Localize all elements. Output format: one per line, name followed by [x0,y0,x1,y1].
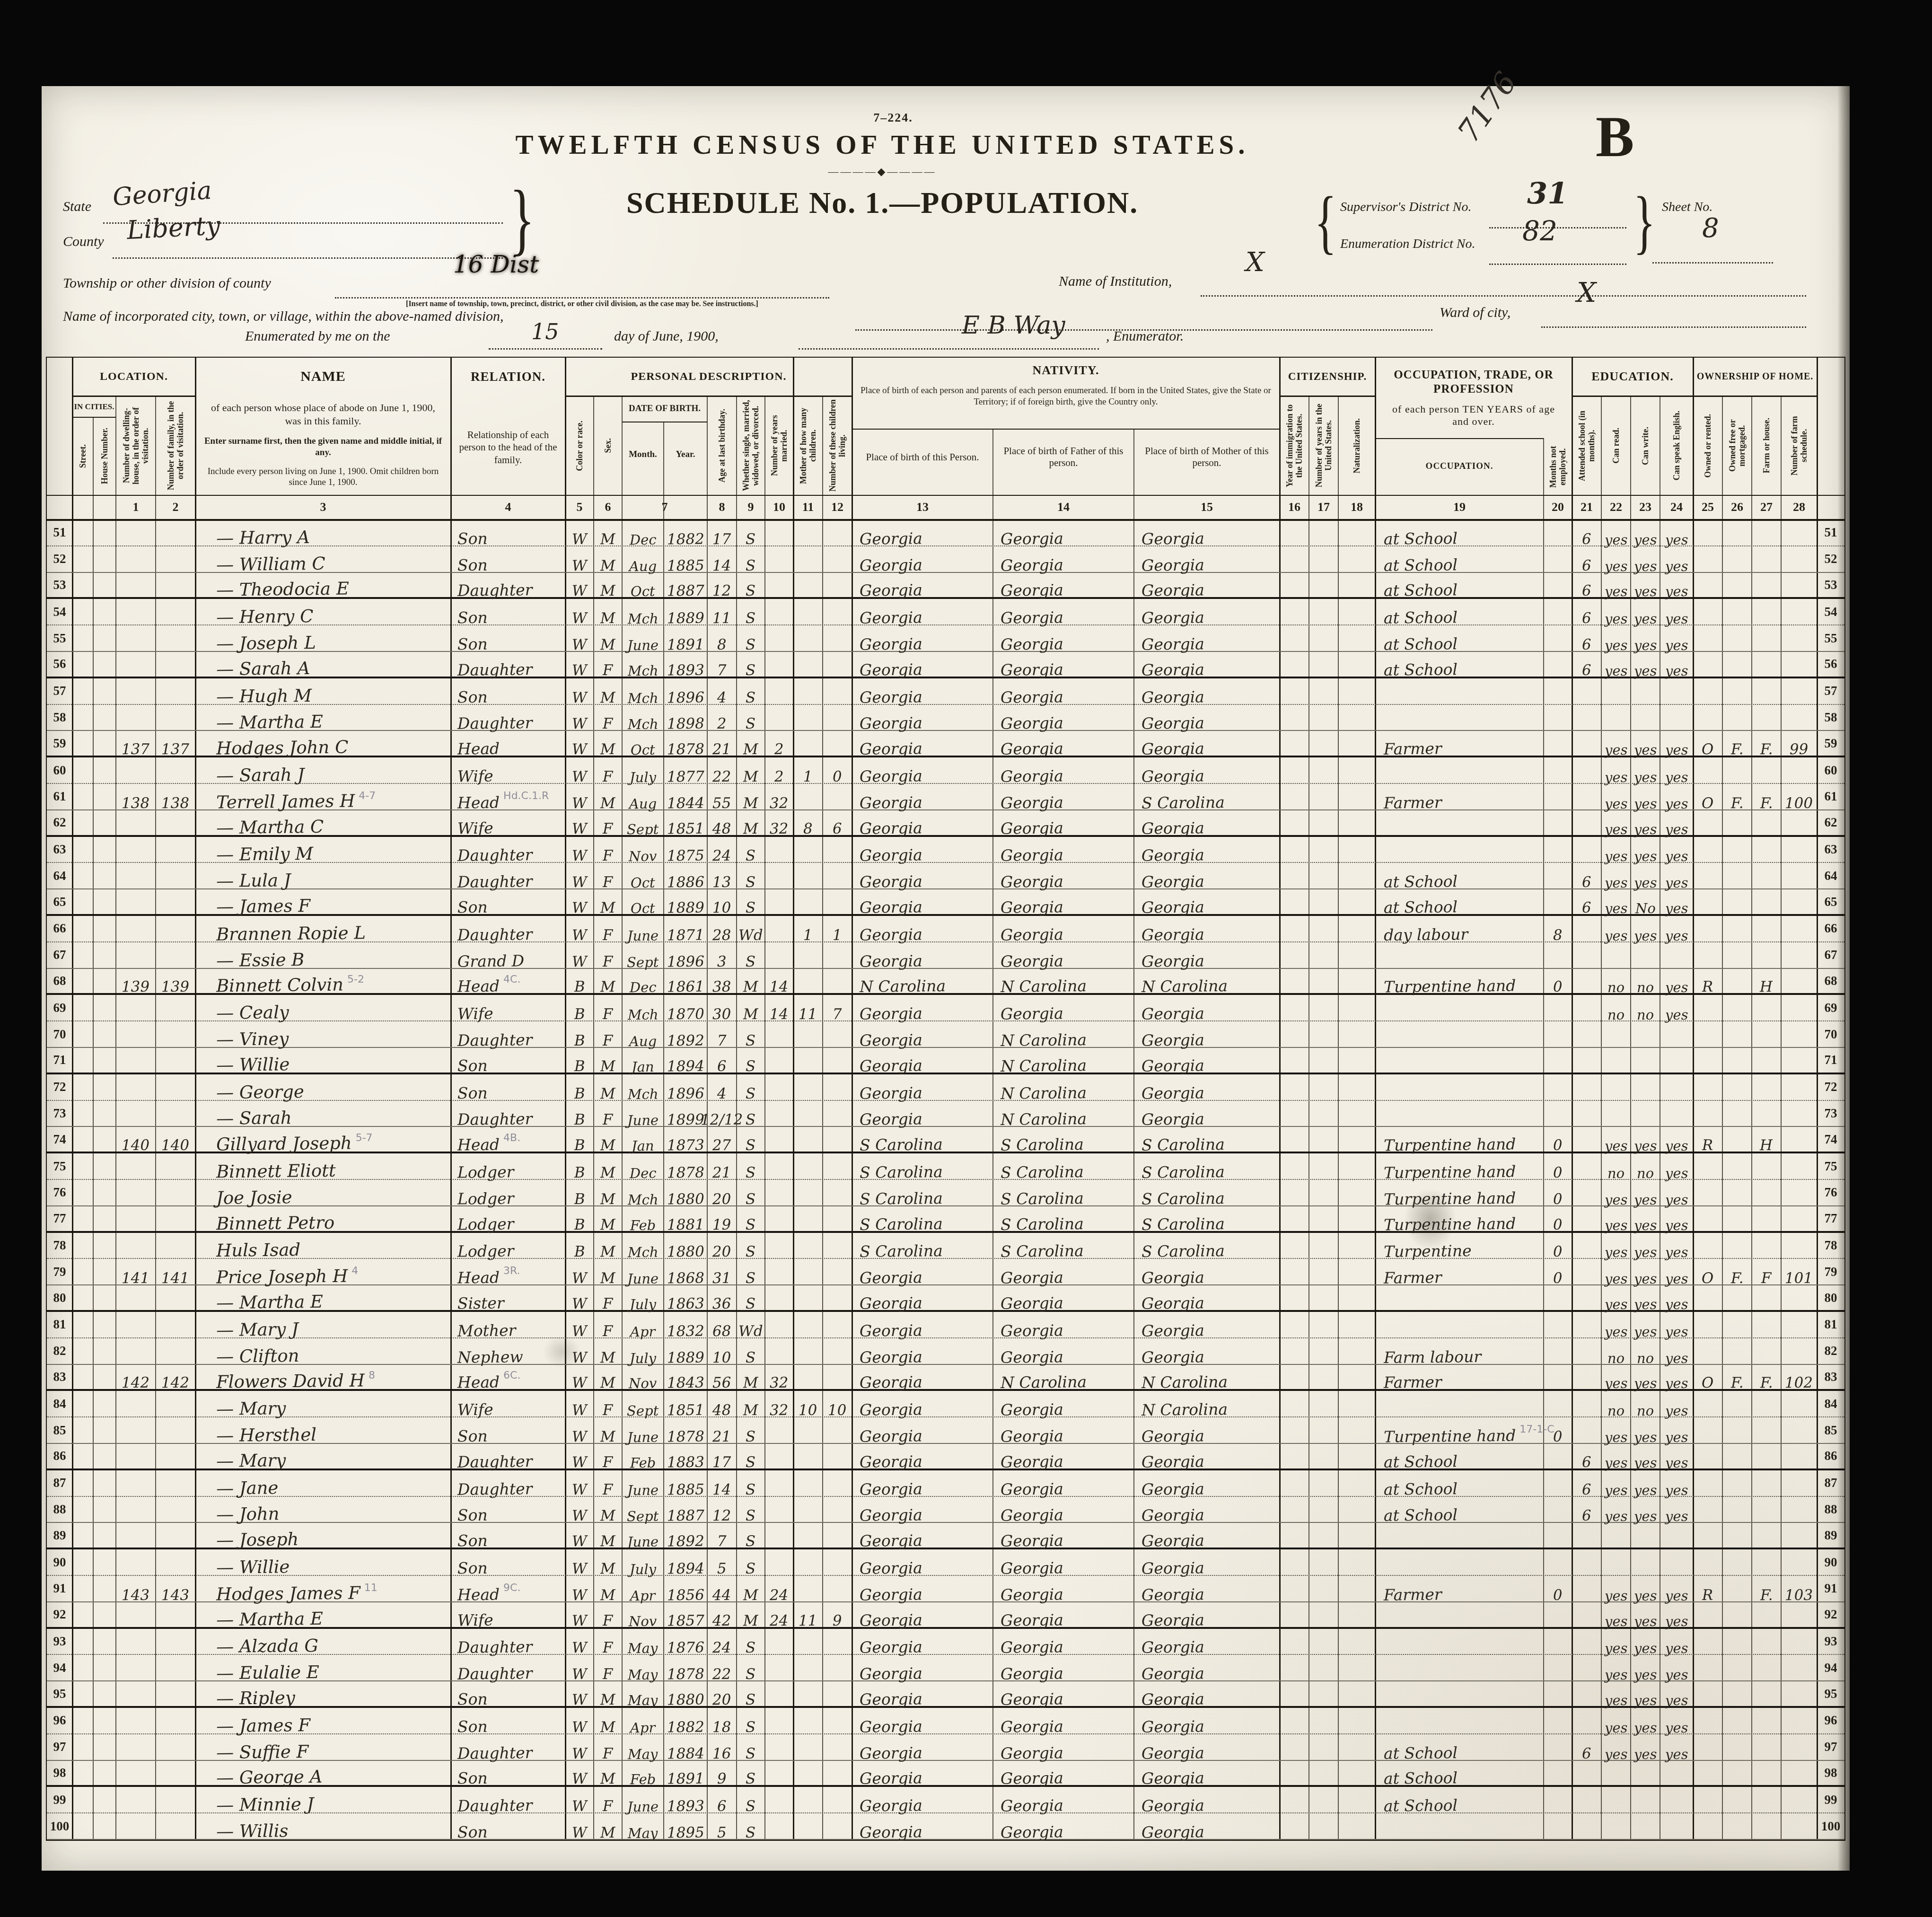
handwritten-entry: F [603,1032,613,1049]
handwritten-entry: Daughter [457,1452,533,1471]
handwritten-entry: at School [1384,1452,1458,1471]
cell-p3: Georgia [1134,889,1280,914]
cell-en: yes [1660,1285,1693,1310]
handwritten-entry: Daughter [457,1030,533,1050]
cell-p1: Georgia [852,599,993,624]
cell-rd: yes [1601,599,1631,624]
handwritten-entry: 1885 [667,557,704,574]
cell-oc: at School [1375,1497,1544,1522]
cell-numL: 70 [47,1021,72,1047]
cell-bm: Oct [622,731,664,756]
cell-by: 1880 [664,1233,707,1258]
table-row: 61138138Terrell James H4-7HeadHd.C.1.RWM… [47,784,1844,810]
column-number: 20 [1544,496,1572,519]
handwritten-entry: 137 [122,741,150,758]
cell-ag: 7 [707,1021,737,1047]
column-label: Farm or house. [1752,397,1781,494]
handwritten-entry: Georgia [1142,1321,1204,1340]
handwritten-entry: 1880 [667,1691,704,1709]
handwritten-entry: 1857 [667,1612,704,1629]
cell-rd: yes [1601,1734,1631,1760]
column-number: 26 [1722,496,1752,519]
cell-p1: Georgia [852,1602,993,1627]
handwritten-entry: S Carolina [1001,1162,1084,1182]
handwritten-entry: 2 [774,741,784,758]
header-rule [1572,396,1693,397]
cell-nm: Hodges James F11 [195,1576,451,1601]
cell-dw: 137 [116,731,156,756]
handwritten-entry: Georgia [1001,687,1063,706]
handwritten-entry: Georgia [1142,1004,1204,1023]
cell-en: yes [1660,1444,1693,1469]
handwritten-entry: F [603,1639,613,1656]
cell-rd: yes [1601,731,1631,756]
handwritten-entry: Son [457,898,488,917]
handwritten-entry: Georgia [860,766,922,785]
cell-ms: S [737,520,765,545]
handwritten-entry: Georgia [1001,1610,1063,1629]
cell-numR: 63 [1817,837,1844,862]
handwritten-entry: Mch [628,1244,659,1261]
cell-by: 1877 [664,757,707,783]
cell-mc: 11 [793,995,823,1020]
handwritten-entry: May [628,1640,658,1657]
handwritten-entry: S [746,1111,756,1128]
handwritten-entry: 27 [712,1137,731,1154]
handwritten-entry: Georgia [1001,846,1063,865]
handwritten-entry: N Carolina [1001,1056,1087,1075]
cell-mc: 1 [793,757,823,783]
cell-by: 1886 [664,863,707,888]
handwritten-entry: — Jane [216,1477,279,1498]
cell-bm: Mch [622,1180,664,1205]
cell-rl: Grand D [451,942,565,968]
cell-ms: S [737,599,765,624]
cell-numR: 89 [1817,1523,1844,1548]
handwritten-entry: 1889 [667,1349,704,1366]
cell-c: W [565,916,594,941]
cell-nm: — Eulalie E [195,1655,451,1680]
handwritten-entry: Georgia [860,1638,922,1657]
state-label: State [63,199,91,215]
cell-rl: Wife [451,757,565,783]
handwritten-entry: S [746,1270,756,1287]
group-heading-line: OCCUPATION, TRADE, OR [1394,368,1554,382]
handwritten-entry: yes [1605,742,1628,758]
header-rule [1375,438,1544,439]
pencil-annotation: 11 [364,1582,378,1594]
handwritten-entry: F [603,1612,613,1629]
cell-en: yes [1660,784,1693,809]
handwritten-entry: Daughter [457,1743,533,1763]
cell-p3: Georgia [1134,1681,1280,1706]
handwritten-entry: yes [1605,1192,1628,1208]
handwritten-entry: M [743,1374,758,1391]
cell-s: M [594,889,622,914]
cell-fr: F. [1722,731,1752,756]
handwritten-entry: yes [1605,900,1628,917]
cell-by: 1871 [664,916,707,941]
cell-wr: yes [1631,1233,1660,1258]
cell-nm: — Sarah J [195,757,451,783]
handwritten-entry: F. [1731,795,1744,812]
handwritten-entry: — Sarah J [216,765,305,786]
cell-numR: 97 [1817,1734,1844,1760]
handwritten-entry: Head [457,1268,500,1287]
handwritten-entry: Georgia [1142,687,1204,706]
cell-ow: R [1693,969,1722,994]
handwritten-entry: Georgia [1001,1822,1063,1841]
cell-ms: S [737,1523,765,1548]
table-row: 65— James FSonWMOct188910SGeorgiaGeorgia… [47,889,1844,916]
handwritten-entry: Georgia [1142,1479,1204,1498]
table-row: 64— Lula JDaughterWFOct188613SGeorgiaGeo… [47,863,1844,889]
handwritten-entry: yes [1605,1244,1628,1261]
cell-s: M [594,1153,622,1179]
handwritten-entry: B [574,1164,585,1181]
cell-p3: Georgia [1134,942,1280,968]
cell-p3: Georgia [1134,678,1280,704]
cell-s: M [594,1259,622,1284]
handwritten-entry: F [603,768,613,785]
cell-fh: F. [1752,784,1781,809]
cell-ms: S [737,1629,765,1654]
cell-s: F [594,705,622,730]
handwritten-entry: F [1761,1270,1772,1287]
cell-p1: Georgia [852,1761,993,1785]
handwritten-entry: W [572,1587,587,1604]
handwritten-entry: 20 [712,1191,731,1208]
enumerated-day-line [489,348,602,350]
handwritten-entry: yes [1665,1692,1688,1709]
cell-s: M [594,731,622,756]
handwritten-entry: W [572,1402,587,1419]
cell-p1: Georgia [852,1576,993,1601]
cell-s: F [594,995,622,1020]
handwritten-entry: M [600,741,615,758]
handwritten-entry: 1893 [667,661,704,679]
cell-ym: 2 [765,757,793,783]
cell-ms: S [737,1153,765,1179]
handwritten-entry: Georgia [860,818,922,837]
handwritten-entry: Georgia [1142,529,1204,548]
column-label-text: Number of dwelling-house, in the order o… [122,398,150,493]
handwritten-entry: Georgia [1142,1717,1204,1736]
cell-wr: yes [1631,1444,1660,1469]
handwritten-entry: yes [1634,1192,1657,1208]
handwritten-entry: N Carolina [1001,976,1087,996]
handwritten-entry: Hodges James F [216,1583,360,1604]
cell-rd: yes [1601,1206,1631,1231]
cell-ms: S [737,1101,765,1126]
handwritten-entry: Georgia [1142,1638,1204,1657]
cell-cl: 9 [823,1602,852,1627]
handwritten-entry: Daughter [457,872,533,891]
cell-p2: S Carolina [993,1153,1134,1179]
handwritten-entry: Georgia [860,951,922,970]
cell-en: yes [1660,837,1693,862]
cell-wr: yes [1631,1734,1660,1760]
cell-oc: Turpentine [1375,1233,1544,1258]
handwritten-entry: Son [457,608,488,627]
cell-oc: Turpentine hand17-1-C [1375,1417,1544,1443]
handwritten-entry: Binnett Eliott [216,1161,336,1182]
cell-p2: Georgia [993,1549,1134,1575]
cell-wr: yes [1631,810,1660,835]
cell-ag: 19 [707,1206,737,1231]
handwritten-entry: 24 [712,1639,731,1656]
cell-numR: 72 [1817,1074,1844,1100]
cell-by: 1898 [664,705,707,730]
cell-p3: Georgia [1134,995,1280,1020]
handwritten-entry: Hodges John C [216,737,349,759]
cell-nm: — Mary [195,1444,451,1469]
cell-wr: yes [1631,1180,1660,1205]
column-label: Owned free or mortgaged. [1722,397,1752,494]
cell-oc: at School [1375,889,1544,914]
handwritten-entry: — Willie [216,1054,290,1075]
column-number: 28 [1781,496,1817,519]
cell-p2: Georgia [993,995,1134,1020]
cell-by: 1889 [664,889,707,914]
column-number: 24 [1660,496,1693,519]
cell-c: W [565,573,594,598]
handwritten-entry: at School [1384,634,1458,654]
cell-ag: 14 [707,1470,737,1496]
cell-rl: Lodger [451,1206,565,1231]
cell-wr: yes [1631,731,1660,756]
cell-bm: May [622,1681,664,1706]
cell-dw: 138 [116,784,156,809]
handwritten-entry: Georgia [1142,1426,1204,1445]
handwritten-entry: 9 [717,1770,727,1787]
cell-c: B [565,969,594,994]
handwritten-entry: 102 [1785,1374,1813,1392]
pencil-annotation: 4B. [503,1132,520,1144]
cell-bm: June [622,916,664,941]
handwritten-entry: 142 [161,1374,190,1392]
table-row: 84— MaryWifeWFSept185148M321010GeorgiaGe… [47,1391,1844,1417]
handwritten-entry: M [600,1137,615,1154]
handwritten-entry: No [1635,900,1655,916]
cell-numL: 65 [47,889,72,914]
cell-wr: yes [1631,520,1660,545]
handwritten-entry: Georgia [1142,581,1204,600]
handwritten-entry: — John [216,1504,280,1525]
cell-c: W [565,1470,594,1496]
cell-ms: M [737,810,765,835]
handwritten-entry: M [600,557,615,574]
handwritten-entry: yes [1605,1588,1628,1604]
cell-by: 1873 [664,1127,707,1152]
handwritten-entry: Georgia [1001,1664,1063,1683]
cell-p3: Georgia [1134,1576,1280,1601]
handwritten-entry: N Carolina [1142,976,1228,996]
handwritten-entry: 24 [712,847,731,864]
handwritten-entry: yes [1665,1007,1688,1023]
handwritten-entry: Georgia [860,1110,922,1129]
cell-c: W [565,1365,594,1389]
column-label: Can write. [1631,397,1660,494]
cell-bm: July [622,757,664,783]
cell-bm: Dec [622,969,664,994]
cell-s: F [594,942,622,968]
column-label-text: Number of years in the United States. [1314,398,1333,493]
handwritten-entry: Georgia [1001,951,1063,970]
table-row: 93— Alzada GDaughterWFMay187624SGeorgiaG… [47,1629,1844,1655]
handwritten-entry: Georgia [860,1506,922,1525]
cell-wr: yes [1631,1655,1660,1680]
cell-bm: Mch [622,678,664,704]
cell-en: yes [1660,969,1693,994]
cell-ms: S [737,1444,765,1469]
handwritten-entry: Huls Isad [216,1240,300,1261]
handwritten-entry: Son [457,529,488,548]
handwritten-entry: Georgia [1001,1347,1063,1366]
cell-rl: HeadHd.C.1.R [451,784,565,809]
cell-c: B [565,1101,594,1126]
cell-p3: Georgia [1134,1549,1280,1575]
cell-p2: Georgia [993,1444,1134,1469]
handwritten-entry: yes [1634,796,1657,812]
cell-numR: 90 [1817,1549,1844,1575]
handwritten-entry: Daughter [457,925,533,944]
cell-numR: 57 [1817,678,1844,704]
cell-rd: yes [1601,625,1631,651]
cell-numL: 61 [47,784,72,809]
handwritten-entry: 5 [717,1560,727,1577]
cell-fs: 103 [1781,1576,1817,1601]
handwritten-entry: W [572,1295,587,1312]
handwritten-entry: yes [1605,796,1628,812]
cell-ag: 2 [707,705,737,730]
cell-p2: Georgia [993,863,1134,888]
handwritten-entry: S Carolina [1001,1189,1084,1208]
handwritten-entry: no [1607,979,1625,995]
cell-ms: S [737,1549,765,1575]
handwritten-entry: S [746,610,756,627]
cell-ms: S [737,1813,765,1839]
cell-rd: yes [1601,1470,1631,1496]
cell-by: 1895 [664,1813,707,1839]
cell-nm: Binnett Colvin5-2 [195,969,451,994]
handwritten-entry: — Mary J [216,1319,299,1340]
cell-by: 1892 [664,1021,707,1047]
cell-ag: 10 [707,889,737,914]
cell-nm: Gillyard Joseph5-7 [195,1127,451,1152]
handwritten-entry: 21 [712,1164,731,1181]
handwritten-entry: 139 [161,978,190,996]
cell-en: yes [1660,1708,1693,1733]
cell-ag: 44 [707,1576,737,1601]
column-number: 22 [1601,496,1631,519]
group-heading: NATIVITY. [852,358,1280,383]
cell-mn: 0 [1544,969,1572,994]
cell-p2: Georgia [993,1708,1134,1733]
cell-rl: Son [451,625,565,651]
dob-label: DATE OF BIRTH. [622,397,707,420]
handwritten-entry: yes [1665,1455,1688,1471]
cell-by: 1863 [664,1285,707,1310]
institution-line [1201,295,1806,297]
cell-numR: 86 [1817,1444,1844,1469]
cell-s: F [594,757,622,783]
handwritten-entry: Oct [631,583,655,600]
cell-p2: Georgia [993,731,1134,756]
cell-en: yes [1660,863,1693,888]
handwritten-entry: Wife [457,1004,493,1023]
cell-bm: Sept [622,942,664,968]
handwritten-entry: at School [1384,1506,1458,1525]
handwritten-entry: Georgia [1142,1558,1204,1577]
handwritten-entry: 6 [1582,1481,1591,1498]
cell-en: yes [1660,520,1693,545]
cell-ag: 36 [707,1285,737,1310]
cell-wr: no [1631,969,1660,994]
handwritten-entry: yes [1634,1508,1657,1525]
handwritten-entry: yes [1605,558,1628,574]
cell-oc: at School [1375,625,1544,651]
handwritten-entry: Georgia [860,1373,922,1392]
cell-ms: S [737,1655,765,1680]
cell-bm: Apr [622,1708,664,1733]
cell-ms: M [737,784,765,809]
handwritten-entry: Georgia [1001,1268,1063,1287]
handwritten-entry: yes [1634,1588,1657,1604]
cell-ag: 7 [707,652,737,677]
cell-ag: 21 [707,731,737,756]
cell-c: W [565,1444,594,1469]
cell-ms: S [737,1761,765,1785]
column-label-text: Can read. [1611,428,1621,464]
cell-c: W [565,1497,594,1522]
handwritten-entry: yes [1634,1720,1657,1736]
cell-rd: yes [1601,1602,1631,1627]
handwritten-entry: yes [1634,1482,1657,1498]
column-number: 18 [1338,496,1375,519]
handwritten-entry: 14 [712,557,731,574]
cell-nm: — Willis [195,1813,451,1839]
column-number: 16 [1280,496,1309,519]
cell-numL: 95 [47,1681,72,1706]
cell-numL: 79 [47,1259,72,1284]
cell-p3: S Carolina [1134,1233,1280,1258]
column-label: Mother of how many children. [793,397,823,494]
cell-numR: 64 [1817,863,1844,888]
column-label: Sex. [594,397,622,494]
handwritten-entry: M [600,1216,615,1233]
cell-ms: S [737,1734,765,1760]
cell-p1: Georgia [852,1549,993,1575]
cell-by: 1856 [664,1576,707,1601]
handwritten-entry: 0 [833,768,842,785]
handwritten-entry: Head [457,1585,500,1604]
handwritten-entry: Georgia [1001,897,1063,916]
handwritten-entry: Head [457,1373,500,1392]
cell-ag: 5 [707,1549,737,1575]
cell-rd: yes [1601,1233,1631,1258]
column-label: Number of family, in the order of visita… [156,397,195,494]
handwritten-entry: Georgia [1142,1664,1204,1683]
handwritten-entry: Georgia [860,1321,922,1340]
table-row: 96— James FSonWMApr188218SGeorgiaGeorgia… [47,1708,1844,1734]
handwritten-entry: yes [1634,821,1657,837]
cell-rd: yes [1601,1127,1631,1152]
handwritten-entry: yes [1634,928,1657,944]
column-label-text: Can write. [1641,427,1650,465]
cell-numR: 67 [1817,942,1844,968]
cell-c: W [565,1681,594,1706]
